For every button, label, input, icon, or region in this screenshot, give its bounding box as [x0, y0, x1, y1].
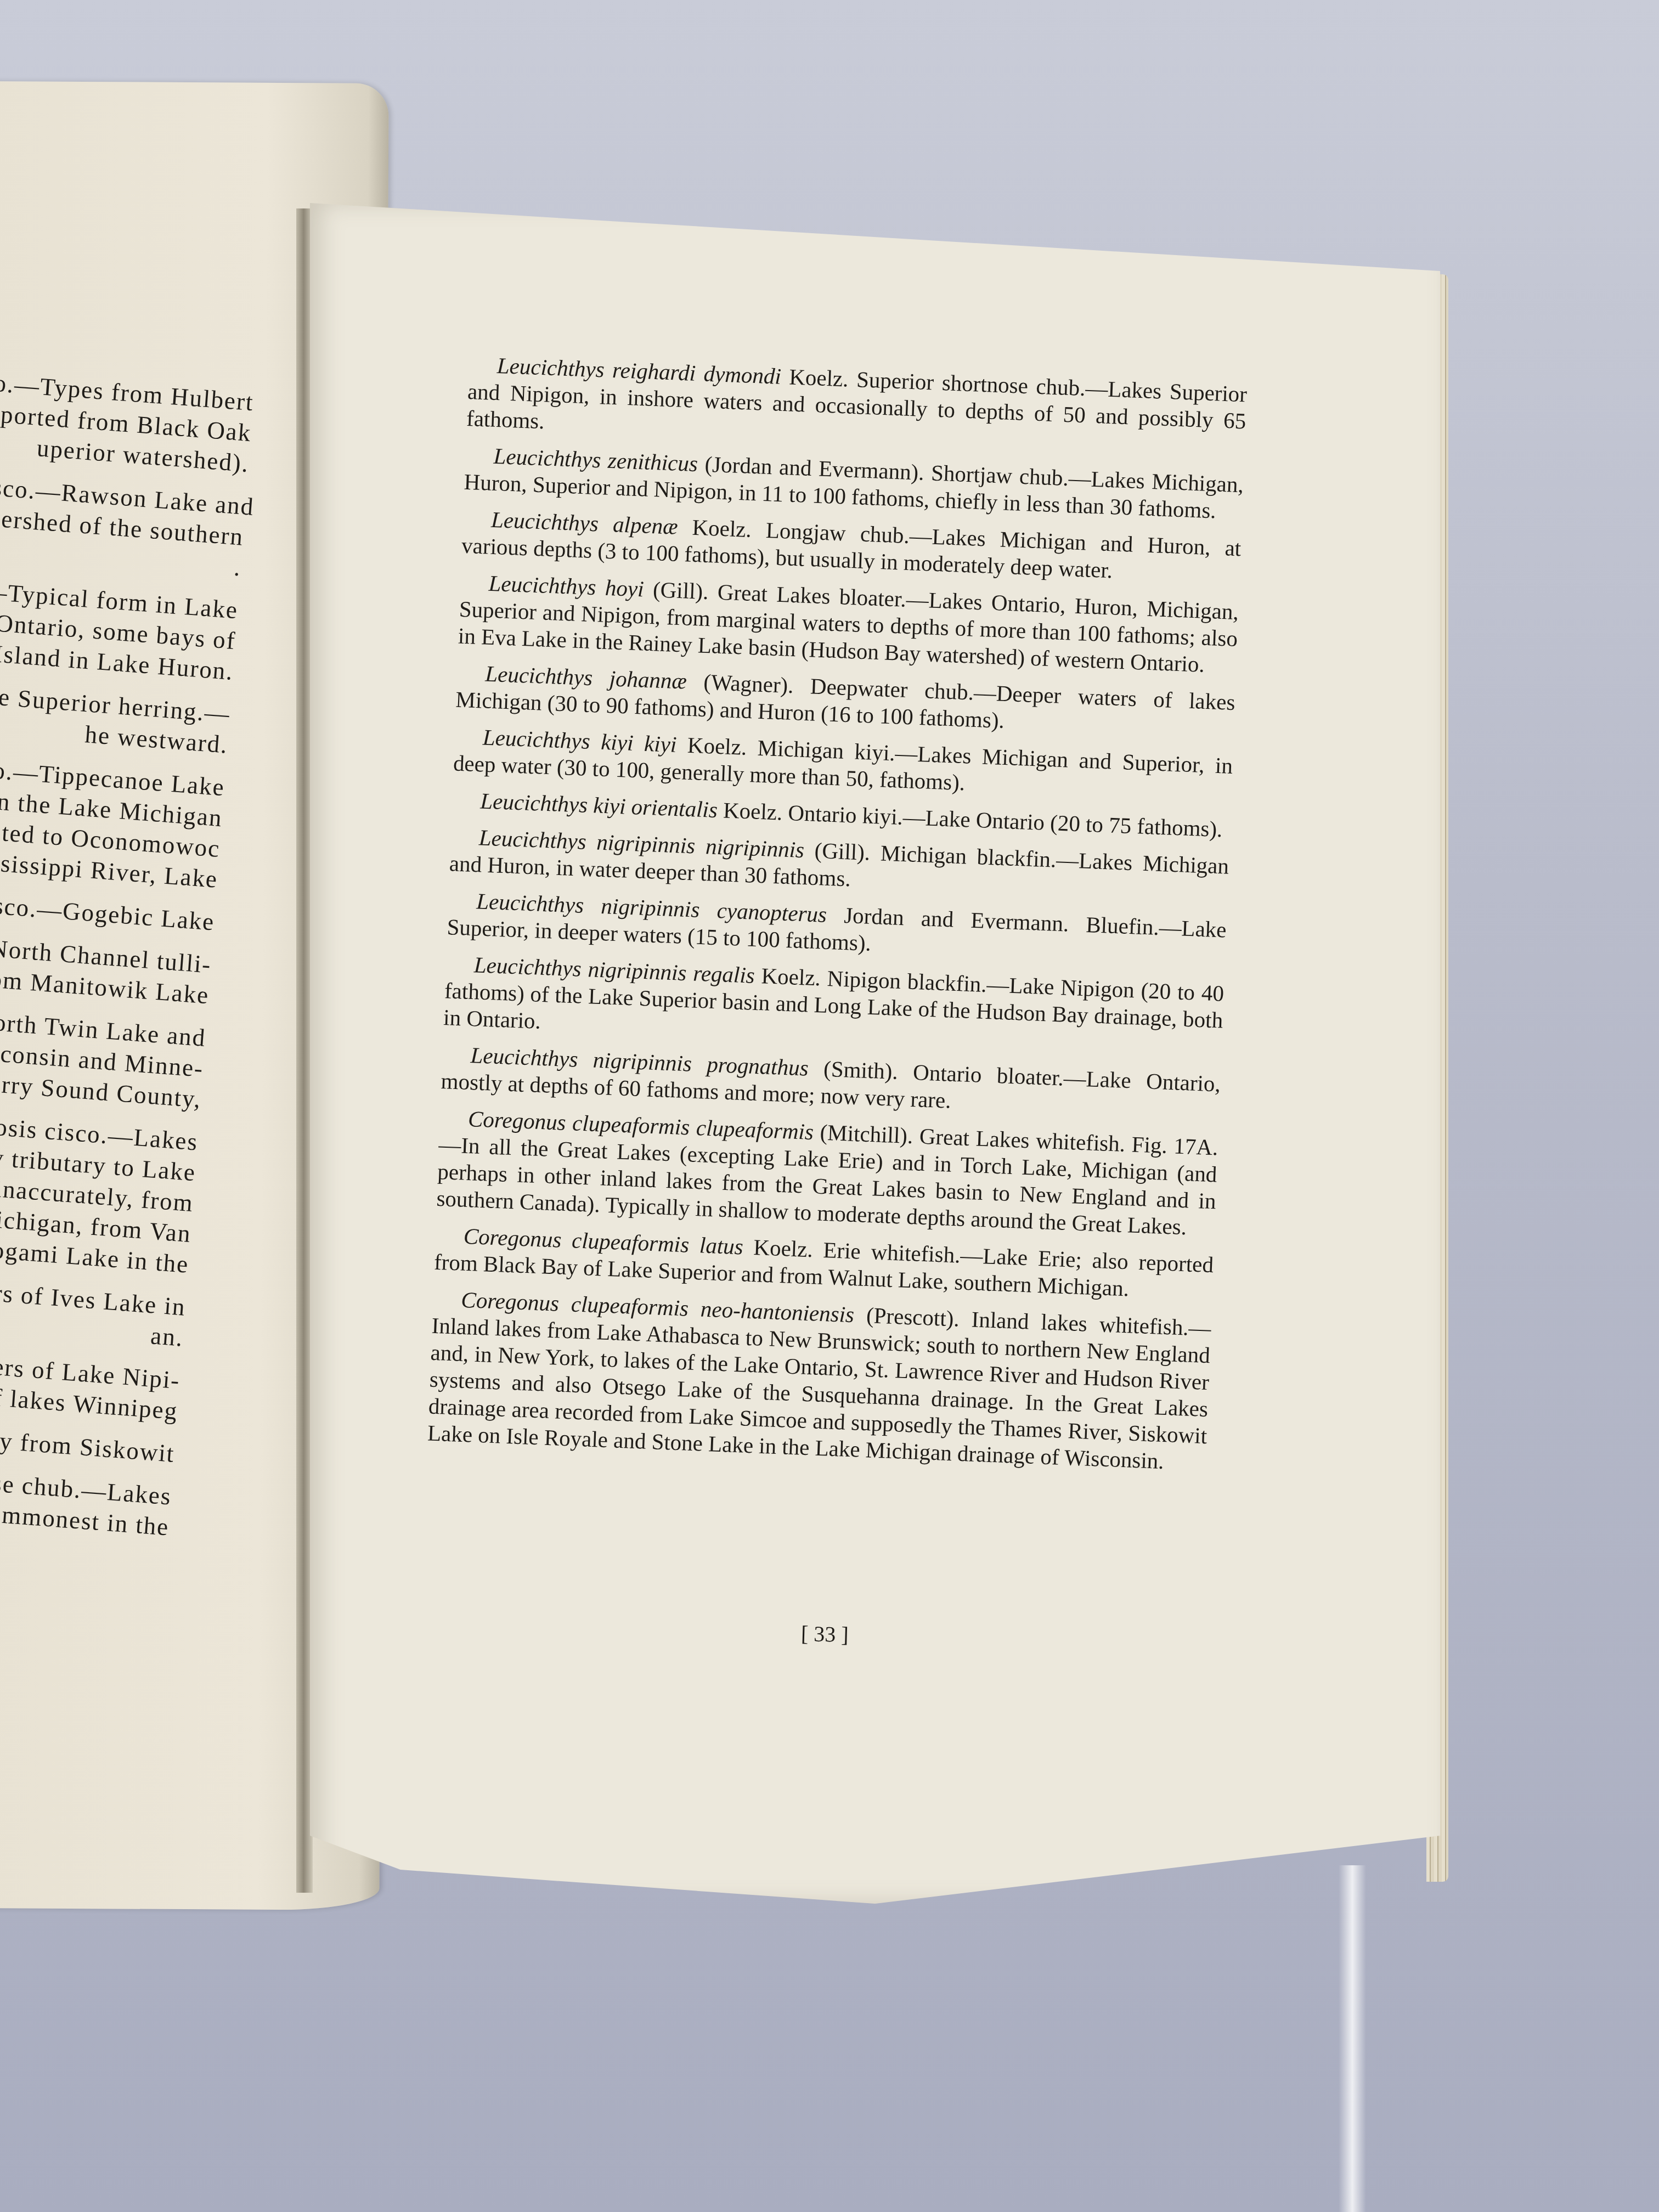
scientific-name: Leucichthys hoyi [488, 571, 645, 602]
right-page-text: Leucichthys reighardi dymondi Koelz. Sup… [427, 351, 1248, 1486]
page-number: [ 33 ] [800, 1621, 849, 1647]
species-entry: Coregonus clupeaformis clupeaformis (Mit… [436, 1104, 1218, 1242]
left-paragraph: ake Superior herring.—he westward. [0, 678, 232, 760]
left-paragraph: isco.—Tippecanoe Lakein the Lake Michiga… [0, 752, 226, 895]
left-paragraph: nose chub.—Lakescommonest in the [0, 1460, 173, 1542]
left-paragraph: only from Siskowit [0, 1418, 176, 1469]
species-entry: Leucichthys nigripinnis regalis Koelz. N… [443, 950, 1224, 1060]
left-paragraph: orth Twin Lake andVisconsin and Minne-Pa… [0, 1002, 207, 1115]
species-entry: Leucichthys hoyi (Gill). Great Lakes blo… [458, 569, 1239, 679]
left-paragraph: o.—Types from Hulberteported from Black … [0, 366, 255, 479]
left-paragraph: aters of Lake Nipi-d of lakes Winnipeg [0, 1345, 182, 1426]
entry-description: (Prescott). Inland lakes whitefish.—Inla… [427, 1302, 1211, 1474]
left-paragraph: ers of Ives Lake inan. [0, 1271, 187, 1353]
left-paragraph: —Typical form in LakeOntario, some bays … [0, 574, 239, 687]
left-paragraph: egosis cisco.—Lakesely tributary to Lake… [0, 1106, 199, 1280]
species-entry: Coregonus clupeaformis neo-hantoniensis … [427, 1285, 1211, 1476]
entry-description: Koelz. Ontario kiyi.—Lake Ontario (20 to… [717, 797, 1223, 842]
text-line: only from Siskowit [0, 1418, 176, 1469]
left-paragraph: cisco.—Rawson Lake andtershed of the sou… [0, 471, 247, 583]
left-paragraph: cisco.—Gogebic Lake [0, 886, 216, 937]
left-page-text: o.—Types from Hulberteported from Black … [0, 366, 255, 1554]
entry-description: (Mitchill). Great Lakes whitefish. Fig. … [436, 1119, 1218, 1239]
text-line: cisco.—Gogebic Lake [0, 886, 216, 937]
scientific-name: Leucichthys kiyi orientalis [480, 788, 718, 822]
left-paragraph: North Channel tulli-from Manitowik Lake [0, 929, 213, 1011]
light-reflection [1339, 1865, 1366, 2212]
